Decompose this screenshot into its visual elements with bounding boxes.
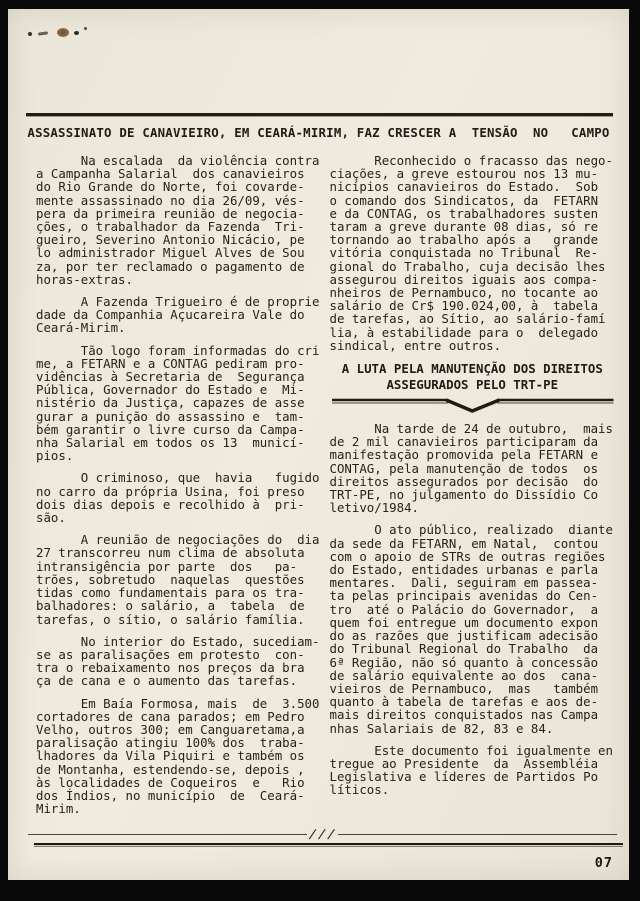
page-number: 07 [595,855,613,871]
footer-separator: /// [28,828,617,840]
article-columns: Na escalada da violência contra a Campan… [8,140,629,824]
paragraph: No interior do Estado, sucediam- se as p… [36,635,322,688]
paragraph: Em Baía Formosa, mais de 3.500 cortadore… [36,697,322,816]
ink-stains [26,23,116,43]
end-of-article-mark: /// [306,829,340,839]
scanned-bulletin-page: ASSASSINATO DE CANAVIEIRO, EM CEARÁ-MIRI… [0,0,640,901]
footer-separator-line [338,834,617,835]
paper: ASSASSINATO DE CANAVIEIRO, EM CEARÁ-MIRI… [8,9,629,880]
paragraph: O criminoso, que havia fugido no carro d… [36,471,322,524]
paragraph: Reconhecido o fracasso das nego- ciações… [330,154,616,352]
left-column: Na escalada da violência contra a Campan… [36,154,322,824]
ink-speck [74,31,79,35]
ink-speck [84,27,87,30]
paragraph: Tão logo foram informadas do cri me, a F… [36,344,322,463]
section-heading: A LUTA PELA MANUTENÇÃO DOS DIREITOS ASSE… [330,361,616,392]
paragraph: A reunião de negociações do dia 27 trans… [36,533,322,625]
paragraph: Na escalada da violência contra a Campan… [36,154,322,286]
ink-speck [28,32,32,36]
footer-heavy-rule [34,843,623,847]
paragraph: A Fazenda Trigueiro é de proprie dade da… [36,295,322,335]
rust-stain [57,28,69,37]
page-title: ASSASSINATO DE CANAVIEIRO, EM CEARÁ-MIRI… [8,125,629,140]
footer-separator-line [28,834,307,835]
right-column: Reconhecido o fracasso das nego- ciações… [330,154,616,824]
paragraph: O ato público, realizado diante da sede … [330,523,616,734]
ink-smudge [38,31,48,35]
chevron-divider [330,396,616,414]
paragraph: Na tarde de 24 de outubro, mais de 2 mil… [330,422,616,514]
header-rule [26,113,613,116]
paragraph: Este documento foi igualmente en tregue … [330,744,616,797]
